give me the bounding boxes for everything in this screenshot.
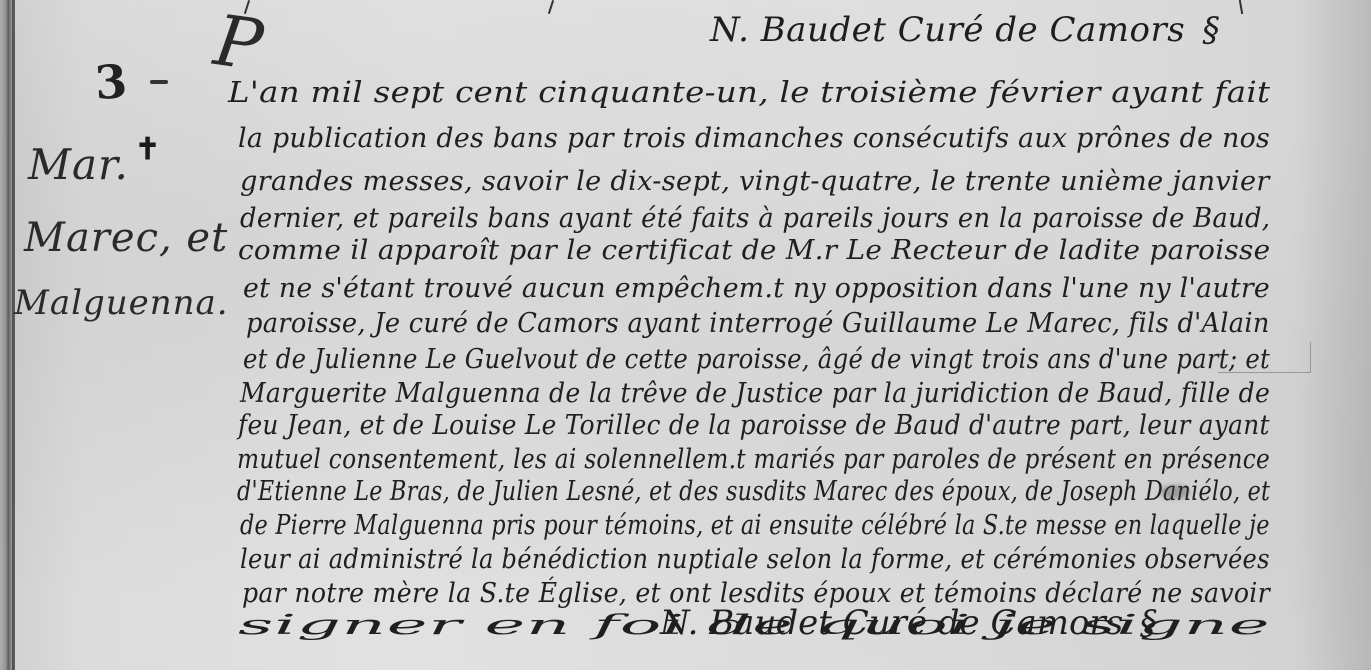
- paraph-icon: §: [1203, 10, 1221, 50]
- margin-name-groom: Marec, et: [24, 215, 228, 261]
- entry-number: 3: [93, 54, 129, 110]
- margin-cross-icon: ✝: [135, 132, 160, 167]
- body-line: et de Julienne Le Guelvout de cette paro…: [243, 346, 1270, 373]
- margin-bracket: [1218, 342, 1311, 373]
- previous-entry-stroke: [548, 0, 554, 14]
- body-line: de Pierre Malguenna pris pour témoins, e…: [240, 512, 1270, 539]
- body-line: d'Etienne Le Bras, de Julien Lesné, et d…: [237, 478, 1270, 505]
- body-line: Marguerite Malguenna de la trêve de Just…: [240, 380, 1270, 407]
- body-line: dernier, et pareils bans ayant été faits…: [240, 205, 1270, 232]
- page-edge-line: [12, 0, 15, 670]
- previous-entry-stroke: [1239, 0, 1243, 14]
- header-signature: N. Baudet Curé de Camors §: [710, 10, 1220, 50]
- body-line: et ne s'étant trouvé aucun empêchem.t ny…: [243, 275, 1270, 302]
- entry-number-dash: [150, 80, 168, 84]
- body-line: grandes messes, savoir le dix-sept, ving…: [240, 168, 1270, 195]
- header-signature-text: N. Baudet Curé de Camors: [710, 10, 1185, 50]
- margin-label: Mar.: [28, 140, 129, 189]
- ornament-letter: P: [210, 0, 268, 87]
- paraph-icon: §: [1140, 603, 1157, 643]
- body-line: comme il apparoît par le certificat de M…: [238, 237, 1270, 264]
- closing-signature: N. Baudet Curé de Camors §: [660, 603, 1157, 643]
- ink-smudge: [1160, 485, 1190, 499]
- body-line: la publication des bans par trois dimanc…: [238, 125, 1270, 152]
- scanned-register-page: 3 ✝ Mar. Marec, et Malguenna. P N. Baude…: [0, 0, 1371, 670]
- body-line: leur ai administré la bénédiction nuptia…: [240, 546, 1270, 573]
- body-line: feu Jean, et de Louise Le Torillec de la…: [238, 412, 1270, 439]
- page-fold-shadow: [1290, 0, 1371, 670]
- body-line: L'an mil sept cent cinquante-un, le troi…: [228, 78, 1270, 107]
- body-line: mutuel consentement, les ai solennellem.…: [237, 446, 1270, 473]
- margin-name-bride: Malguenna.: [14, 283, 229, 323]
- closing-signature-text: N. Baudet Curé de Camors: [660, 603, 1123, 643]
- body-line: paroisse, Je curé de Camors ayant interr…: [246, 310, 1270, 337]
